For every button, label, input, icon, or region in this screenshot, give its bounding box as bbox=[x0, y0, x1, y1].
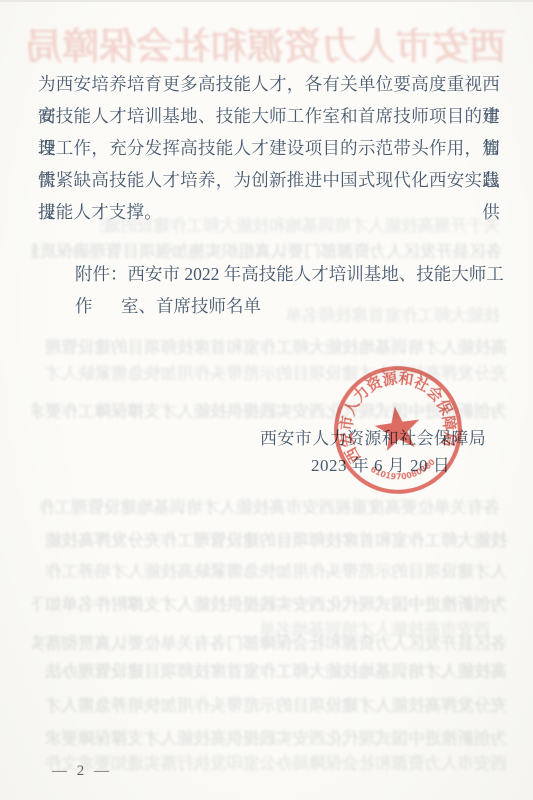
bleed-through-line: 充分发挥高技能人才建设项目的示范带头作用加快培养急需人才 bbox=[32, 696, 507, 716]
paragraph-line: 需紧缺高技能人才培养，为创新推进中国式现代化西安实践提供 bbox=[38, 164, 500, 196]
bleed-through-line: 为创新推进中国式现代化西安实践提供技能人才支撑附件名单如下 bbox=[32, 595, 507, 615]
paragraph-line: 理工作，充分发挥高技能人才建设项目的示范带头作用，加快急 bbox=[38, 132, 500, 164]
star-icon bbox=[372, 403, 423, 452]
paragraph-line: 为西安培养培育更多高技能人才，各有关单位要高度重视西安市 bbox=[38, 68, 500, 100]
scanned-document-page: 西安市人力资源和社会保障局 关于开展高技能人才培训基地和技能大师工作建设的通知 … bbox=[0, 0, 533, 800]
bleed-through-line: 技能大师工作室和首席技师项目的建设管理工作充分发挥高技能 bbox=[32, 531, 507, 551]
paragraph-line: 高技能人才培训基地、技能大师工作室和首席技师项目的建设管 bbox=[38, 100, 500, 132]
body-paragraph: 为西安培养培育更多高技能人才，各有关单位要高度重视西安市 高技能人才培训基地、技… bbox=[38, 68, 500, 228]
svg-text:6101970080380: 6101970080380 bbox=[368, 455, 439, 486]
seal-code-number: 6101970080380 bbox=[368, 455, 439, 486]
attachment-reference: 附件：西安市 2022 年高技能人才培训基地、技能大师工作 室、首席技师名单 bbox=[75, 258, 505, 322]
official-seal: 西安市人力资源和社会保障局 6101970080380 bbox=[322, 354, 473, 505]
bleed-through-line: 高技能人才培训基地技能大师工作室首席技师项目建设管理办法 bbox=[32, 662, 507, 682]
bleed-through-letterhead: 西安市人力资源和社会保障局 bbox=[28, 26, 506, 70]
bleed-through-line: 高技能人才培训基地技能大师工作室和首席技师项目的建设管理 bbox=[32, 338, 507, 358]
bleed-through-line: 各有关单位要高度重视西安市高技能人才培训基地建设管理工作 bbox=[40, 498, 500, 518]
bleed-through-line: 人才建设项目的示范带头作用加快急需紧缺高技能人才培养工作 bbox=[32, 562, 507, 582]
attachment-line: 室、首席技师名单 bbox=[121, 290, 505, 322]
bleed-through-line: 为创新推进中国式现代化西安实践提供高技能人才支撑保障要求 bbox=[32, 729, 507, 749]
attachment-line: 附件：西安市 2022 年高技能人才培训基地、技能大师工作 bbox=[75, 258, 505, 290]
page-number: — 2 — bbox=[52, 763, 112, 780]
bleed-through-line: 各区县开发区人力资源和社会保障部门各有关单位要认真贯彻落实 bbox=[32, 634, 507, 654]
